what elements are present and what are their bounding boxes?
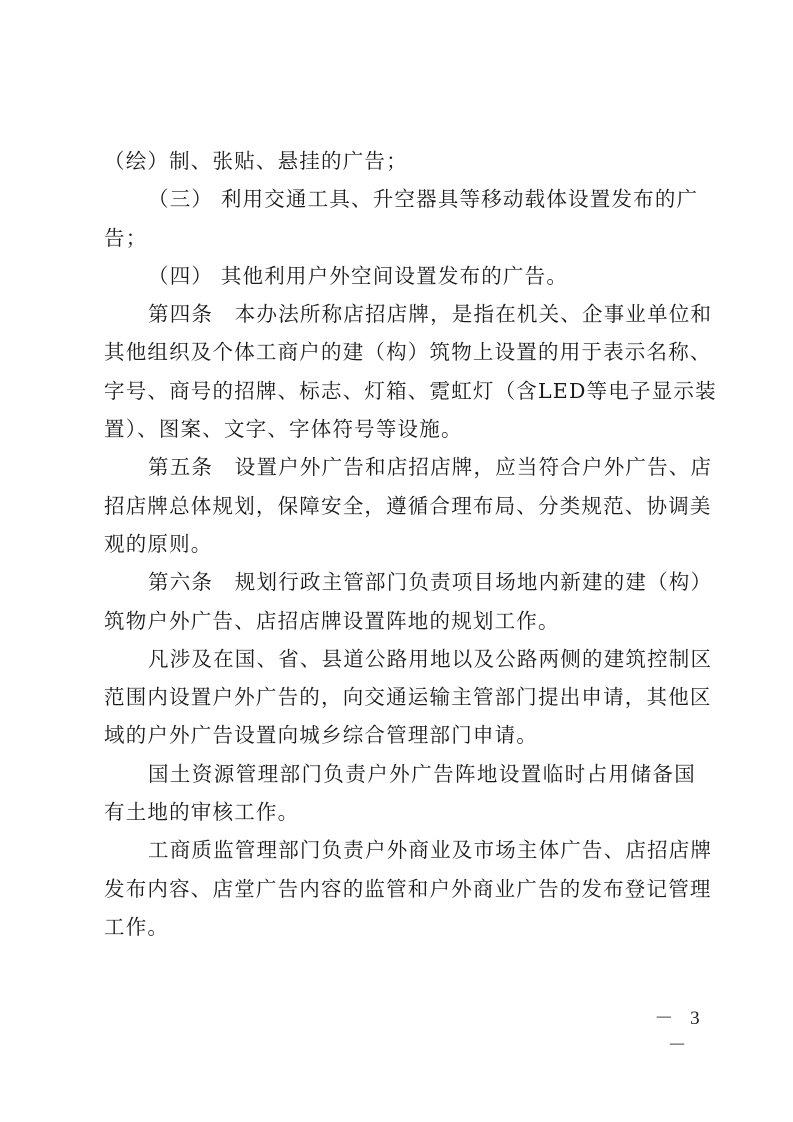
article-6-heading-line: 第六条 规划行政主管部门负责项目场地内新建的建（构） <box>104 563 696 601</box>
article-4-heading-line: 第四条 本办法所称店招店牌，是指在机关、企事业单位和 <box>104 295 696 333</box>
text-line: （四） 其他利用户外空间设置发布的广告。 <box>104 257 696 295</box>
text-line: 观的原则。 <box>104 525 696 563</box>
text-line: 范围内设置户外广告的，向交通运输主管部门提出申请，其他区 <box>104 678 696 716</box>
text-line: 工商质监管理部门负责户外商业及市场主体广告、店招店牌 <box>104 831 696 869</box>
text-line: 凡涉及在国、省、县道公路用地以及公路两侧的建筑控制区 <box>104 640 696 678</box>
body-text: （绘）制、张贴、悬挂的广告； （三） 利用交通工具、升空器具等移动载体设置发布的… <box>104 142 696 946</box>
article-5-heading-line: 第五条 设置户外广告和店招店牌，应当符合户外广告、店 <box>104 448 696 486</box>
text-line: 筑物户外广告、店招店牌设置阵地的规划工作。 <box>104 602 696 640</box>
text-line: （三） 利用交通工具、升空器具等移动载体设置发布的广 <box>104 180 696 218</box>
text-line: （绘）制、张贴、悬挂的广告； <box>104 142 696 180</box>
text-line: 发布内容、店堂广告内容的监管和户外商业广告的发布登记管理 <box>104 870 696 908</box>
page-number: － 3 － <box>645 1003 715 1057</box>
text-line: 有土地的审核工作。 <box>104 793 696 831</box>
text-line: 告； <box>104 219 696 257</box>
text-line: 置）、图案、文字、字体符号等设施。 <box>104 410 696 448</box>
text-line: 域的户外广告设置向城乡综合管理部门申请。 <box>104 716 696 754</box>
document-page: （绘）制、张贴、悬挂的广告； （三） 利用交通工具、升空器具等移动载体设置发布的… <box>0 0 793 1122</box>
text-line: 招店牌总体规划，保障安全，遵循合理布局、分类规范、协调美 <box>104 487 696 525</box>
text-line: 字号、商号的招牌、标志、灯箱、霓虹灯（含LED等电子显示装 <box>104 372 696 410</box>
text-line: 其他组织及个体工商户的建（构）筑物上设置的用于表示名称、 <box>104 333 696 371</box>
text-line: 工作。 <box>104 908 696 946</box>
text-line: 国土资源管理部门负责户外广告阵地设置临时占用储备国 <box>104 755 696 793</box>
